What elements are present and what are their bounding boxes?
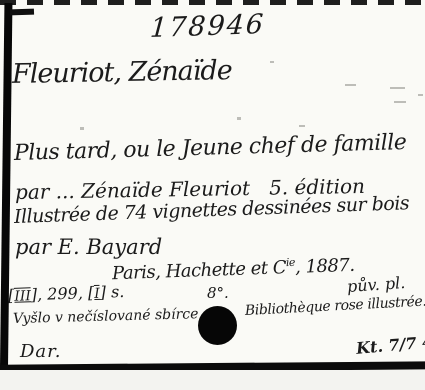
scan-noise-mark [394,101,406,103]
scan-noise-mark [237,117,241,120]
catalog-card-scan: 178946 Fleuriot, Zénaïde Plus tard, ou l… [0,0,425,390]
accession-number: 178946 [149,10,266,44]
scan-noise-mark [345,84,356,86]
series-note: Bibliothèque rose illustrée. [245,295,425,320]
author-heading: Fleuriot, Zénaïde [12,56,232,90]
scan-noise-mark [80,127,84,130]
collation-middle: ], 299, [ [31,283,95,304]
imprint-line: Paris, Hachette et Cie, 1887. [112,255,355,284]
title-line: Plus tard, ou le Jeune chef de famille [14,131,407,166]
imprint-suffix: , 1887. [295,255,355,278]
illustrator-line: par E. Bayard [15,236,162,259]
scan-top-edge [0,0,425,5]
collation-close: ] s. [99,282,124,302]
scan-left-edge [0,3,12,367]
binding-note: pův. pl. [346,274,405,296]
imprint-prefix: Paris, Hachette et C [112,257,287,284]
scan-noise-mark [270,61,274,63]
scan-noise-mark [299,125,305,127]
scan-corner-mark [10,9,34,16]
scan-background-below-card [0,370,425,390]
acquisition-note: Dar. [20,342,62,362]
scan-noise-mark [390,87,405,89]
collation-line: [III], 299, [I] s. [8,283,125,305]
scan-noise-mark [418,94,423,96]
processing-date-mark: Kt. 7/7 48 [355,332,425,357]
czech-series-note: Vyšlo v nečíslované sbírce [13,307,199,327]
format-note: 8°. [207,285,229,302]
collation-roman-numeral: III [14,288,31,305]
punch-hole [198,306,237,345]
